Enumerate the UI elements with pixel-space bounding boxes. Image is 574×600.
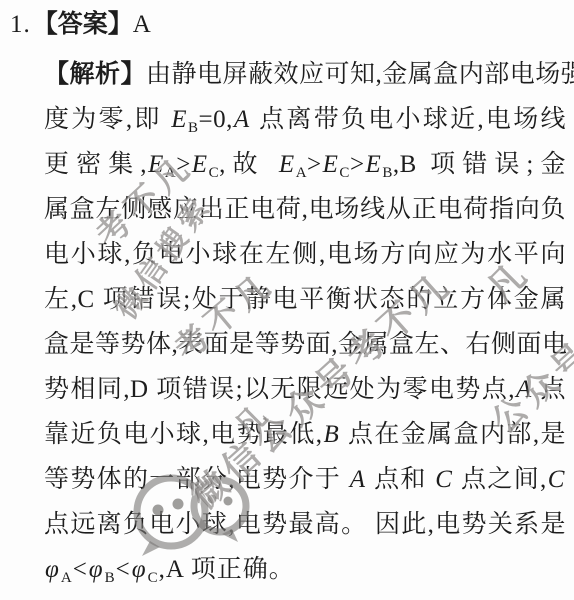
answer-label: 【答案】: [33, 11, 133, 38]
text-line: 更密集,EA>EC,故 EA>EC>EB,B 项错误;金: [44, 142, 566, 187]
text-line: 属盒左侧感应出正电荷,电场线从正电荷指向负: [44, 187, 566, 232]
answer-value: A: [133, 11, 152, 38]
text-line: 【解析】由静电屏蔽效应可知,金属盒内部电场强: [44, 52, 566, 97]
answer-line: 1.【答案】A: [10, 10, 152, 40]
text-line: 势相同,D 项错误;以无限远处为零电势点,A 点: [44, 367, 566, 412]
solution-page: 1.【答案】A 【解析】由静电屏蔽效应可知,金属盒内部电场强度为零,即 EB=0…: [0, 0, 574, 600]
text-line: 度为零,即 EB=0,A 点离带负电小球近,电场线: [44, 97, 566, 142]
text-line: 电小球,负电小球在左侧,电场方向应为水平向: [44, 232, 566, 277]
text-line: 靠近负电小球,电势最低,B 点在金属盒内部,是: [44, 412, 566, 457]
question-number: 1.: [10, 11, 31, 38]
text-line: 盒是等势体,表面是等势面,金属盒左、右侧面电: [44, 322, 566, 367]
solution-lines: 【解析】由静电屏蔽效应可知,金属盒内部电场强度为零,即 EB=0,A 点离带负电…: [44, 52, 566, 592]
text-line: φA<φB<φC,A 项正确。: [44, 547, 566, 592]
text-line: 点远离负电小球,电势最高。 因此,电势关系是: [44, 502, 566, 547]
text-line: 等势体的一部分,电势介于 A 点和 C 点之间,C: [44, 457, 566, 502]
text-line: 左,C 项错误;处于静电平衡状态的立方体金属: [44, 277, 566, 322]
